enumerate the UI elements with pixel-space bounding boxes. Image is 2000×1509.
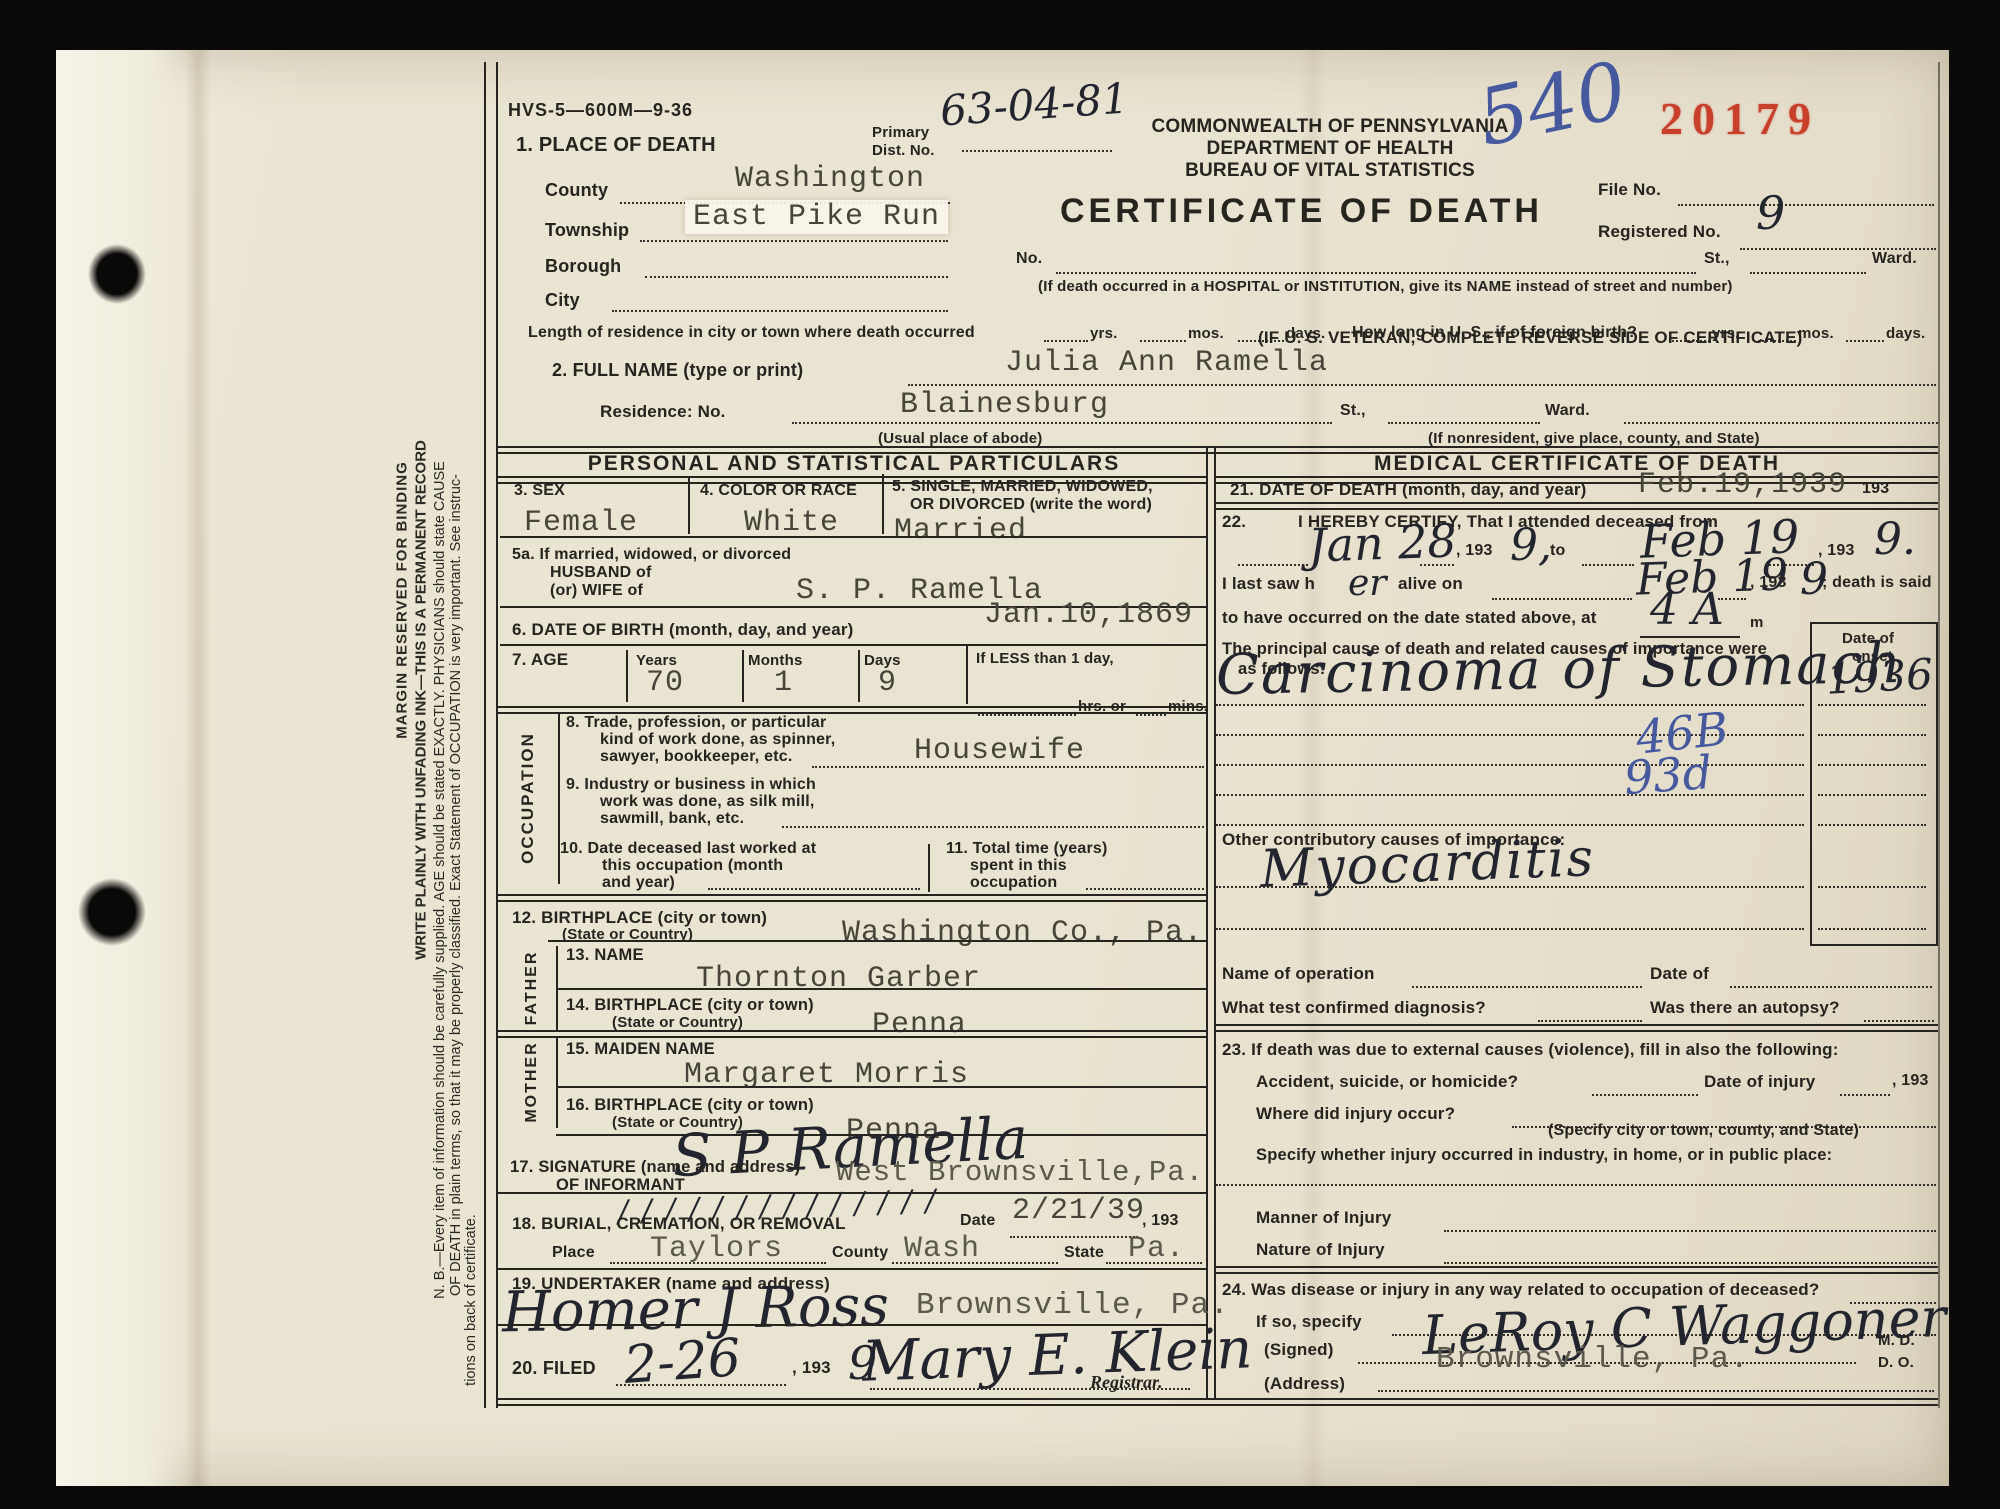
scanned-death-certificate: MARGIN RESERVED FOR BINDING WRITE PLAINL… <box>0 0 2000 1509</box>
onset-line-6 <box>1818 886 1926 888</box>
onset-line-3 <box>1818 764 1926 766</box>
file-no-line <box>1678 204 1934 206</box>
operation-date-label: Date of <box>1650 964 1709 984</box>
marital-label-2: OR DIVORCED (write the word) <box>910 496 1152 514</box>
full-name-line <box>908 384 1936 386</box>
operation-label: Name of operation <box>1222 964 1375 984</box>
onset-line-2 <box>1818 734 1926 736</box>
borough-line <box>645 276 948 278</box>
margin-note-nb-2: OF DEATH in plain terms, so that it may … <box>448 474 464 1296</box>
industry-label-2: work was done, as silk mill, <box>600 793 815 811</box>
burial-date-line <box>1010 1236 1138 1238</box>
nonresident-note: (If nonresident, give place, county, and… <box>1428 430 1760 447</box>
center-divider-left <box>1206 448 1208 1400</box>
residence-st-label: St., <box>1340 402 1366 420</box>
attended-from-date-handwriting: Jan 28 <box>1307 517 1457 568</box>
attended-from-line-lead <box>1238 564 1308 566</box>
do-label: D. O. <box>1878 1354 1914 1371</box>
birthplace-value-typed: Washington Co., Pa. <box>842 916 1203 950</box>
cause-of-death-handwriting: Carcinoma of Stomach <box>1216 636 1904 704</box>
age-months-value-typed: 1 <box>774 666 793 700</box>
total-time-line <box>1086 888 1204 890</box>
trade-label-2: kind of work done, as spinner, <box>600 731 835 749</box>
occurred-time-handwriting: 4 A <box>1650 588 1724 632</box>
hospital-ward-label: Ward. <box>1872 250 1917 268</box>
father-name-label: 13. NAME <box>566 946 644 965</box>
hrs-line <box>978 714 1076 716</box>
bureau-heading: BUREAU OF VITAL STATISTICS <box>1145 160 1515 182</box>
residence-extra-line <box>1624 422 1938 424</box>
manner-of-injury-label: Manner of Injury <box>1256 1208 1391 1228</box>
residence-ward-label: Ward. <box>1545 402 1590 420</box>
last-worked-line <box>708 888 920 890</box>
mother-bracket-line <box>556 1038 558 1128</box>
burial-place-label: Place <box>552 1244 595 1262</box>
row13-rule <box>556 988 1206 990</box>
residence-label: Residence: No. <box>600 402 726 422</box>
hospital-no-label: No. <box>1016 250 1042 268</box>
last-saw-post-label: ; death is said <box>1822 574 1932 592</box>
attended-to-year-digit: 9. <box>1874 518 1916 562</box>
full-name-value-typed: Julia Ann Ramella <box>1005 346 1328 380</box>
burial-date-value-typed: 2/21/39 <box>1012 1194 1145 1228</box>
informant-label-1: 17. SIGNATURE (name and address) <box>510 1158 800 1177</box>
age-divider-3 <box>858 650 860 702</box>
last-saw-er-handwriting: er <box>1348 566 1387 602</box>
mins-line <box>1136 714 1166 716</box>
spouse-label-2: HUSBAND of <box>550 564 652 582</box>
burial-state-line <box>1106 1262 1202 1264</box>
industry-label-1: 9. Industry or business in which <box>566 776 816 794</box>
residence-line <box>792 422 1332 424</box>
certificate-title: CERTIFICATE OF DEATH <box>1060 192 1540 231</box>
last-saw-pre-label: I last saw h <box>1222 574 1315 594</box>
borough-label: Borough <box>545 256 621 277</box>
residence-mos-label: mos. <box>1188 325 1224 342</box>
md-label: M. D. <box>1878 1332 1915 1349</box>
filed-193: , 193 <box>792 1358 831 1378</box>
contributory-line-1 <box>1216 886 1804 888</box>
hospital-no-line <box>1056 272 1696 274</box>
onset-line-1 <box>1818 704 1926 706</box>
us-days-line <box>1846 340 1884 342</box>
autopsy-line <box>1864 1020 1934 1022</box>
sex-value-typed: Female <box>524 506 638 540</box>
dob-label: 6. DATE OF BIRTH (month, day, and year) <box>512 620 854 640</box>
spouse-label-3: (or) WIFE of <box>550 582 643 600</box>
accident-line <box>1592 1094 1698 1096</box>
if-so-specify-label: If so, specify <box>1256 1312 1362 1332</box>
row22-bottom-rule <box>1216 1024 1938 1032</box>
margin-note-binding: MARGIN RESERVED FOR BINDING <box>394 461 411 739</box>
commonwealth-heading: COMMONWEALTH OF PENNSYLVANIA <box>1145 116 1515 138</box>
certify-number: 22. <box>1222 512 1246 532</box>
place-of-death-label: 1. PLACE OF DEATH <box>516 134 716 157</box>
nature-line <box>1444 1262 1936 1264</box>
row15-rule <box>556 1086 1206 1088</box>
hospital-note: (If death occurred in a HOSPITAL or INST… <box>1038 278 1733 295</box>
birthplace-label: 12. BIRTHPLACE (city or town) <box>512 908 767 928</box>
total-time-label-1: 11. Total time (years) <box>946 840 1108 858</box>
industry-line <box>782 826 1204 828</box>
trade-label-3: sawyer, bookkeeper, etc. <box>600 748 792 766</box>
form-right-border <box>1938 62 1940 1408</box>
filed-label: 20. FILED <box>512 1358 596 1379</box>
trade-label-1: 8. Trade, profession, or particular <box>566 714 826 732</box>
race-label: 4. COLOR OR RACE <box>700 482 857 500</box>
nature-of-injury-label: Nature of Injury <box>1256 1240 1385 1260</box>
primary-dist-label1: Primary <box>872 124 929 141</box>
hospital-ward-line <box>1750 272 1866 274</box>
contributory-line-2 <box>1216 928 1804 930</box>
row10-11-divider <box>928 844 930 892</box>
address-label: (Address) <box>1264 1374 1345 1394</box>
primary-dist-line <box>962 150 1112 152</box>
county-value-typed: Washington <box>735 162 925 196</box>
registrar-label: Registrar. <box>1090 1372 1163 1393</box>
residence-length-label: Length of residence in city or town wher… <box>528 324 975 342</box>
test-line <box>1538 1020 1642 1022</box>
burial-date-193: , 193 <box>1142 1212 1179 1230</box>
last-saw-mid-label: alive on <box>1398 574 1463 594</box>
external-causes-label: 23. If death was due to external causes … <box>1222 1040 1839 1060</box>
father-birthplace-label: 14. BIRTHPLACE (city or town) <box>566 996 814 1015</box>
race-marital-divider <box>882 474 884 534</box>
mother-maiden-label: 15. MAIDEN NAME <box>566 1040 715 1059</box>
registered-no-label: Registered No. <box>1598 222 1721 242</box>
burial-state-value-typed: Pa. <box>1128 1232 1185 1266</box>
specify-place-note: (Specify city or town, county, and State… <box>1548 1122 1859 1140</box>
last-worked-label-2: this occupation (month <box>602 857 783 875</box>
last-saw-193: , 193 <box>1750 574 1787 592</box>
attended-from-year-digit: 9, <box>1510 524 1552 568</box>
age-less-label: If LESS than 1 day, <box>976 650 1114 667</box>
age-divider-4 <box>966 646 968 704</box>
burial-state-label: State <box>1064 1244 1104 1262</box>
mother-birthplace-label: 16. BIRTHPLACE (city or town) <box>566 1096 814 1115</box>
township-label: Township <box>545 220 629 241</box>
cause-line-5 <box>1216 824 1804 826</box>
row12-rule <box>548 940 1206 942</box>
operation-line <box>1412 986 1642 988</box>
industry-label-3: sawmill, bank, etc. <box>600 810 744 828</box>
attended-to-line-lead <box>1582 564 1634 566</box>
registered-no-value-handwriting: 9 <box>1756 190 1785 236</box>
age-years-value-typed: 70 <box>646 666 684 700</box>
burial-county-value-typed: Wash <box>904 1232 980 1266</box>
residence-mos-line <box>1140 340 1186 342</box>
specify-industry-note: Specify whether injury occurred in indus… <box>1256 1146 1832 1165</box>
age-label: 7. AGE <box>512 650 568 670</box>
attended-to-label: to <box>1550 542 1566 560</box>
township-line <box>640 240 948 242</box>
file-no-label: File No. <box>1598 180 1661 200</box>
primary-dist-value-handwriting: 63-04-81 <box>939 77 1130 132</box>
race-value-typed: White <box>744 506 839 540</box>
occupation-bracket-line <box>558 712 560 884</box>
manner-line <box>1444 1230 1936 1232</box>
sex-label: 3. SEX <box>514 482 565 500</box>
form-left-border-inner <box>496 62 498 1408</box>
residence-yrs-label: yrs. <box>1090 325 1118 342</box>
onset-line-4 <box>1818 794 1926 796</box>
address-line <box>1378 1390 1934 1392</box>
injury-date-label: Date of injury <box>1704 1072 1815 1092</box>
father-bottom-rule <box>496 1030 1206 1038</box>
mother-side-label: MOTHER <box>523 1041 541 1122</box>
burial-county-line <box>892 1262 1058 1264</box>
age-bottom-rule <box>496 706 1206 714</box>
date-of-death-193: 193 <box>1862 480 1889 498</box>
total-time-label-2: spent in this <box>970 857 1067 875</box>
marital-value-typed: Married <box>894 514 1027 548</box>
residence-ward-line <box>1388 422 1540 424</box>
form-code: HVS-5—600M—9-36 <box>508 100 693 121</box>
row23-bottom-rule <box>1216 1266 1938 1274</box>
age-divider-2 <box>742 650 744 702</box>
dob-value-typed: Jan.10,1869 <box>984 598 1193 632</box>
date-of-death-value-typed: Feb.19,1939 <box>1638 468 1847 502</box>
registrar-signature-handwriting: Mary E. Klein <box>861 1321 1253 1391</box>
form-left-border <box>484 62 486 1408</box>
primary-dist-label2: Dist. No. <box>872 142 935 159</box>
us-days-label: days. <box>1886 325 1925 342</box>
age-divider-1 <box>626 650 628 702</box>
abode-note: (Usual place of abode) <box>878 430 1042 447</box>
city-line <box>612 310 948 312</box>
department-heading: DEPARTMENT OF HEALTH <box>1145 138 1515 160</box>
veteran-note: (IF U. S. VETERAN, COMPLETE REVERSE SIDE… <box>1258 328 1803 348</box>
age-days-value-typed: 9 <box>878 666 897 700</box>
last-worked-label-1: 10. Date deceased last worked at <box>560 840 816 858</box>
township-value-typed: East Pike Run <box>685 200 948 234</box>
marital-label-1: 5. SINGLE, MARRIED, WIDOWED, <box>892 478 1153 496</box>
center-divider-right <box>1214 448 1216 1400</box>
test-label: What test confirmed diagnosis? <box>1222 998 1486 1018</box>
burial-place-line <box>610 1262 826 1264</box>
row21-rule <box>1216 502 1938 510</box>
full-name-label: 2. FULL NAME (type or print) <box>552 360 803 381</box>
margin-note-nb-1: N. B.—Every item of information should b… <box>432 461 448 1299</box>
trade-value-typed: Housewife <box>914 734 1085 768</box>
hospital-st-label: St., <box>1704 250 1730 268</box>
occupation-bottom-rule <box>496 894 1206 902</box>
row6-rule <box>500 644 1206 646</box>
city-label: City <box>545 290 580 311</box>
residence-value-typed: Blainesburg <box>900 388 1109 422</box>
paper-crease <box>185 50 211 1486</box>
spouse-label-1: 5a. If married, widowed, or divorced <box>512 546 791 564</box>
date-of-death-label: 21. DATE OF DEATH (month, day, and year) <box>1230 480 1587 500</box>
operation-date-line <box>1730 986 1932 988</box>
signed-label: (Signed) <box>1264 1340 1334 1360</box>
burial-label: 18. BURIAL, CREMATION, OR REMOVAL <box>512 1214 846 1234</box>
injury-date-line <box>1840 1094 1890 1096</box>
burial-date-label: Date <box>960 1212 995 1230</box>
sex-race-divider <box>688 478 690 534</box>
punch-hole <box>78 878 146 946</box>
occurred-m-label: m <box>1750 614 1764 631</box>
burial-place-value-typed: Taylors <box>650 1232 783 1266</box>
injury-date-193: , 193 <box>1892 1072 1929 1090</box>
cause-line-4 <box>1216 794 1804 796</box>
bottom-rule <box>496 1398 1938 1406</box>
physician-address-typed: Brownsville, Pa. <box>1436 1342 1750 1377</box>
filed-date-line <box>616 1384 786 1386</box>
autopsy-label: Was there an autopsy? <box>1650 998 1840 1018</box>
total-time-label-3: occupation <box>970 874 1057 892</box>
row5-rule <box>500 536 1206 538</box>
occurred-label: to have occurred on the date stated abov… <box>1222 608 1597 628</box>
father-name-value-typed: Thornton Garber <box>696 962 981 996</box>
father-birthplace-subnote: (State or Country) <box>612 1014 743 1031</box>
row18-rule <box>496 1268 1206 1270</box>
where-injury-label: Where did injury occur? <box>1256 1104 1455 1124</box>
burial-county-label: County <box>832 1244 888 1262</box>
specify-line <box>1216 1184 1936 1186</box>
margin-note-nb-3: tions on back of certificate. <box>463 1214 479 1386</box>
onset-line-5 <box>1818 824 1926 826</box>
attended-from-193: , 193 <box>1456 542 1493 560</box>
us-mos-label: mos. <box>1798 325 1834 342</box>
occupation-side-label: OCCUPATION <box>518 732 538 864</box>
personal-section-header: PERSONAL AND STATISTICAL PARTICULARS <box>500 452 1208 476</box>
file-number-stamp: 20179 <box>1660 92 1820 145</box>
county-label: County <box>545 180 608 201</box>
attended-from-line <box>1420 564 1454 566</box>
father-side-label: FATHER <box>523 951 541 1026</box>
filed-date-handwriting: 2-26 <box>622 1332 742 1392</box>
residence-yrs-line <box>1044 340 1088 342</box>
last-saw-line-lead <box>1492 598 1632 600</box>
punch-hole <box>88 244 146 304</box>
cause-line-3 <box>1216 764 1804 766</box>
margin-note-permanent-record: WRITE PLAINLY WITH UNFADING INK—THIS IS … <box>413 440 430 960</box>
last-worked-label-3: and year) <box>602 874 675 892</box>
accident-label: Accident, suicide, or homicide? <box>1256 1072 1518 1092</box>
onset-line-7 <box>1818 928 1926 930</box>
